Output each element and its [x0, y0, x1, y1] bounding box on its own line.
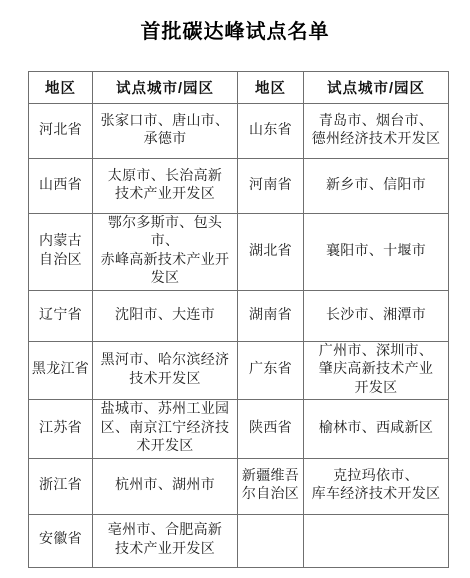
- region-cell: 内蒙古 自治区: [29, 214, 93, 291]
- table-row: 安徽省 亳州市、合肥高新 技术产业开发区: [29, 514, 449, 567]
- region-cell: 河南省: [238, 159, 304, 214]
- cities-cell: 张家口市、唐山市、 承德市: [93, 104, 238, 159]
- column-header-region-right: 地区: [238, 72, 304, 104]
- cities-cell: 襄阳市、十堰市: [304, 214, 449, 291]
- region-cell: 辽宁省: [29, 290, 93, 341]
- column-header-cities-left: 试点城市/园区: [93, 72, 238, 104]
- region-cell: 广东省: [238, 341, 304, 399]
- cities-cell: 新乡市、信阳市: [304, 159, 449, 214]
- cities-cell: 黑河市、哈尔滨经济 技术开发区: [93, 341, 238, 399]
- region-cell: 黑龙江省: [29, 341, 93, 399]
- table-header-row: 地区 试点城市/园区 地区 试点城市/园区: [29, 72, 449, 104]
- cities-cell: [304, 514, 449, 567]
- cities-cell: 亳州市、合肥高新 技术产业开发区: [93, 514, 238, 567]
- region-cell: 新疆维吾 尔自治区: [238, 458, 304, 514]
- table-row: 江苏省 盐城市、苏州工业园 区、南京江宁经济技 术开发区 陕西省 榆林市、西咸新…: [29, 400, 449, 458]
- table-row: 河北省 张家口市、唐山市、 承德市 山东省 青岛市、烟台市、 德州经济技术开发区: [29, 104, 449, 159]
- cities-cell: 沈阳市、大连市: [93, 290, 238, 341]
- document-page: 首批碳达峰试点名单 地区 试点城市/园区 地区 试点城市/园区 河北省 张家口市…: [0, 0, 470, 578]
- region-cell: 湖北省: [238, 214, 304, 291]
- page-title: 首批碳达峰试点名单: [0, 0, 470, 44]
- region-cell: 安徽省: [29, 514, 93, 567]
- column-header-cities-right: 试点城市/园区: [304, 72, 449, 104]
- table-row: 山西省 太原市、长治高新 技术产业开发区 河南省 新乡市、信阳市: [29, 159, 449, 214]
- cities-cell: 榆林市、西咸新区: [304, 400, 449, 458]
- cities-cell: 广州市、深圳市、 肇庆高新技术产业 开发区: [304, 341, 449, 399]
- region-cell: 浙江省: [29, 458, 93, 514]
- cities-cell: 太原市、长治高新 技术产业开发区: [93, 159, 238, 214]
- cities-cell: 青岛市、烟台市、 德州经济技术开发区: [304, 104, 449, 159]
- region-cell: 山西省: [29, 159, 93, 214]
- table-row: 黑龙江省 黑河市、哈尔滨经济 技术开发区 广东省 广州市、深圳市、 肇庆高新技术…: [29, 341, 449, 399]
- region-cell: 陕西省: [238, 400, 304, 458]
- cities-cell: 盐城市、苏州工业园 区、南京江宁经济技 术开发区: [93, 400, 238, 458]
- cities-cell: 杭州市、湖州市: [93, 458, 238, 514]
- column-header-region-left: 地区: [29, 72, 93, 104]
- pilot-list-table: 地区 试点城市/园区 地区 试点城市/园区 河北省 张家口市、唐山市、 承德市 …: [28, 71, 449, 568]
- cities-cell: 鄂尔多斯市、包头市、 赤峰高新技术产业开 发区: [93, 214, 238, 291]
- region-cell: 河北省: [29, 104, 93, 159]
- table-row: 内蒙古 自治区 鄂尔多斯市、包头市、 赤峰高新技术产业开 发区 湖北省 襄阳市、…: [29, 214, 449, 291]
- region-cell: [238, 514, 304, 567]
- table-row: 辽宁省 沈阳市、大连市 湖南省 长沙市、湘潭市: [29, 290, 449, 341]
- cities-cell: 克拉玛依市、 库车经济技术开发区: [304, 458, 449, 514]
- table-row: 浙江省 杭州市、湖州市 新疆维吾 尔自治区 克拉玛依市、 库车经济技术开发区: [29, 458, 449, 514]
- region-cell: 江苏省: [29, 400, 93, 458]
- cities-cell: 长沙市、湘潭市: [304, 290, 449, 341]
- region-cell: 湖南省: [238, 290, 304, 341]
- region-cell: 山东省: [238, 104, 304, 159]
